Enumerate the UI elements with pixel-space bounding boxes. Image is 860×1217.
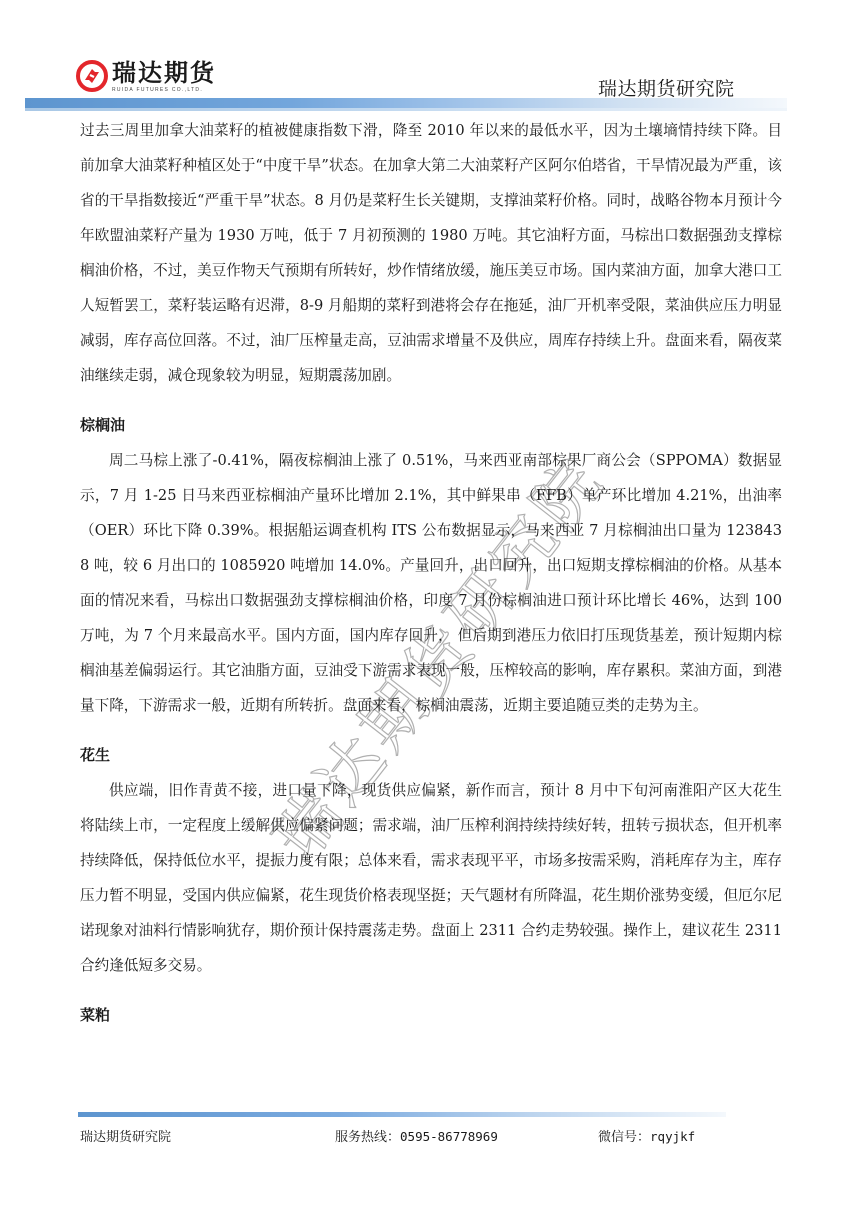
logo-company-name: 瑞达期货 — [112, 60, 216, 86]
footer-divider-band — [78, 1112, 726, 1117]
page-footer: 瑞达期货研究院 服务热线：0595-86778969 微信号：rqyjkf — [80, 1126, 730, 1146]
section-title-peanut: 花生 — [80, 738, 782, 773]
footer-org-name: 瑞达期货研究院 — [80, 1126, 171, 1145]
palm-oil-paragraph: 周二马棕上涨了-0.41%，隔夜棕榈油上涨了 0.51%，马来西亚南部棕果厂商公… — [80, 443, 782, 723]
ruida-logo-icon — [76, 60, 108, 92]
footer-hotline: 服务热线：0595-86778969 — [335, 1126, 498, 1145]
footer-wechat-id: rqyjkf — [650, 1129, 695, 1144]
header-title: 瑞达期货研究院 — [598, 74, 735, 101]
page-header: 瑞达期货 RUIDA FUTURES CO.,LTD. 瑞达期货研究院 — [0, 0, 860, 120]
footer-wechat: 微信号：rqyjkf — [598, 1126, 695, 1145]
company-logo: 瑞达期货 RUIDA FUTURES CO.,LTD. — [76, 60, 216, 93]
header-divider-line — [25, 108, 787, 111]
section-title-rapeseed-meal: 菜粕 — [80, 998, 782, 1033]
footer-wechat-label: 微信号： — [598, 1130, 650, 1145]
logo-company-name-en: RUIDA FUTURES CO.,LTD. — [112, 87, 216, 93]
footer-hotline-label: 服务热线： — [335, 1130, 400, 1145]
peanut-paragraph: 供应端，旧作青黄不接，进口量下降，现货供应偏紧，新作而言，预计 8 月中下旬河南… — [80, 773, 782, 983]
section-title-palm-oil: 棕榈油 — [80, 408, 782, 443]
report-body: 过去三周里加拿大油菜籽的植被健康指数下滑，降至 2010 年以来的最低水平，因为… — [80, 113, 782, 1033]
footer-hotline-number: 0595-86778969 — [400, 1129, 498, 1144]
header-divider-band — [25, 98, 787, 108]
rapeseed-oil-paragraph: 过去三周里加拿大油菜籽的植被健康指数下滑，降至 2010 年以来的最低水平，因为… — [80, 113, 782, 393]
